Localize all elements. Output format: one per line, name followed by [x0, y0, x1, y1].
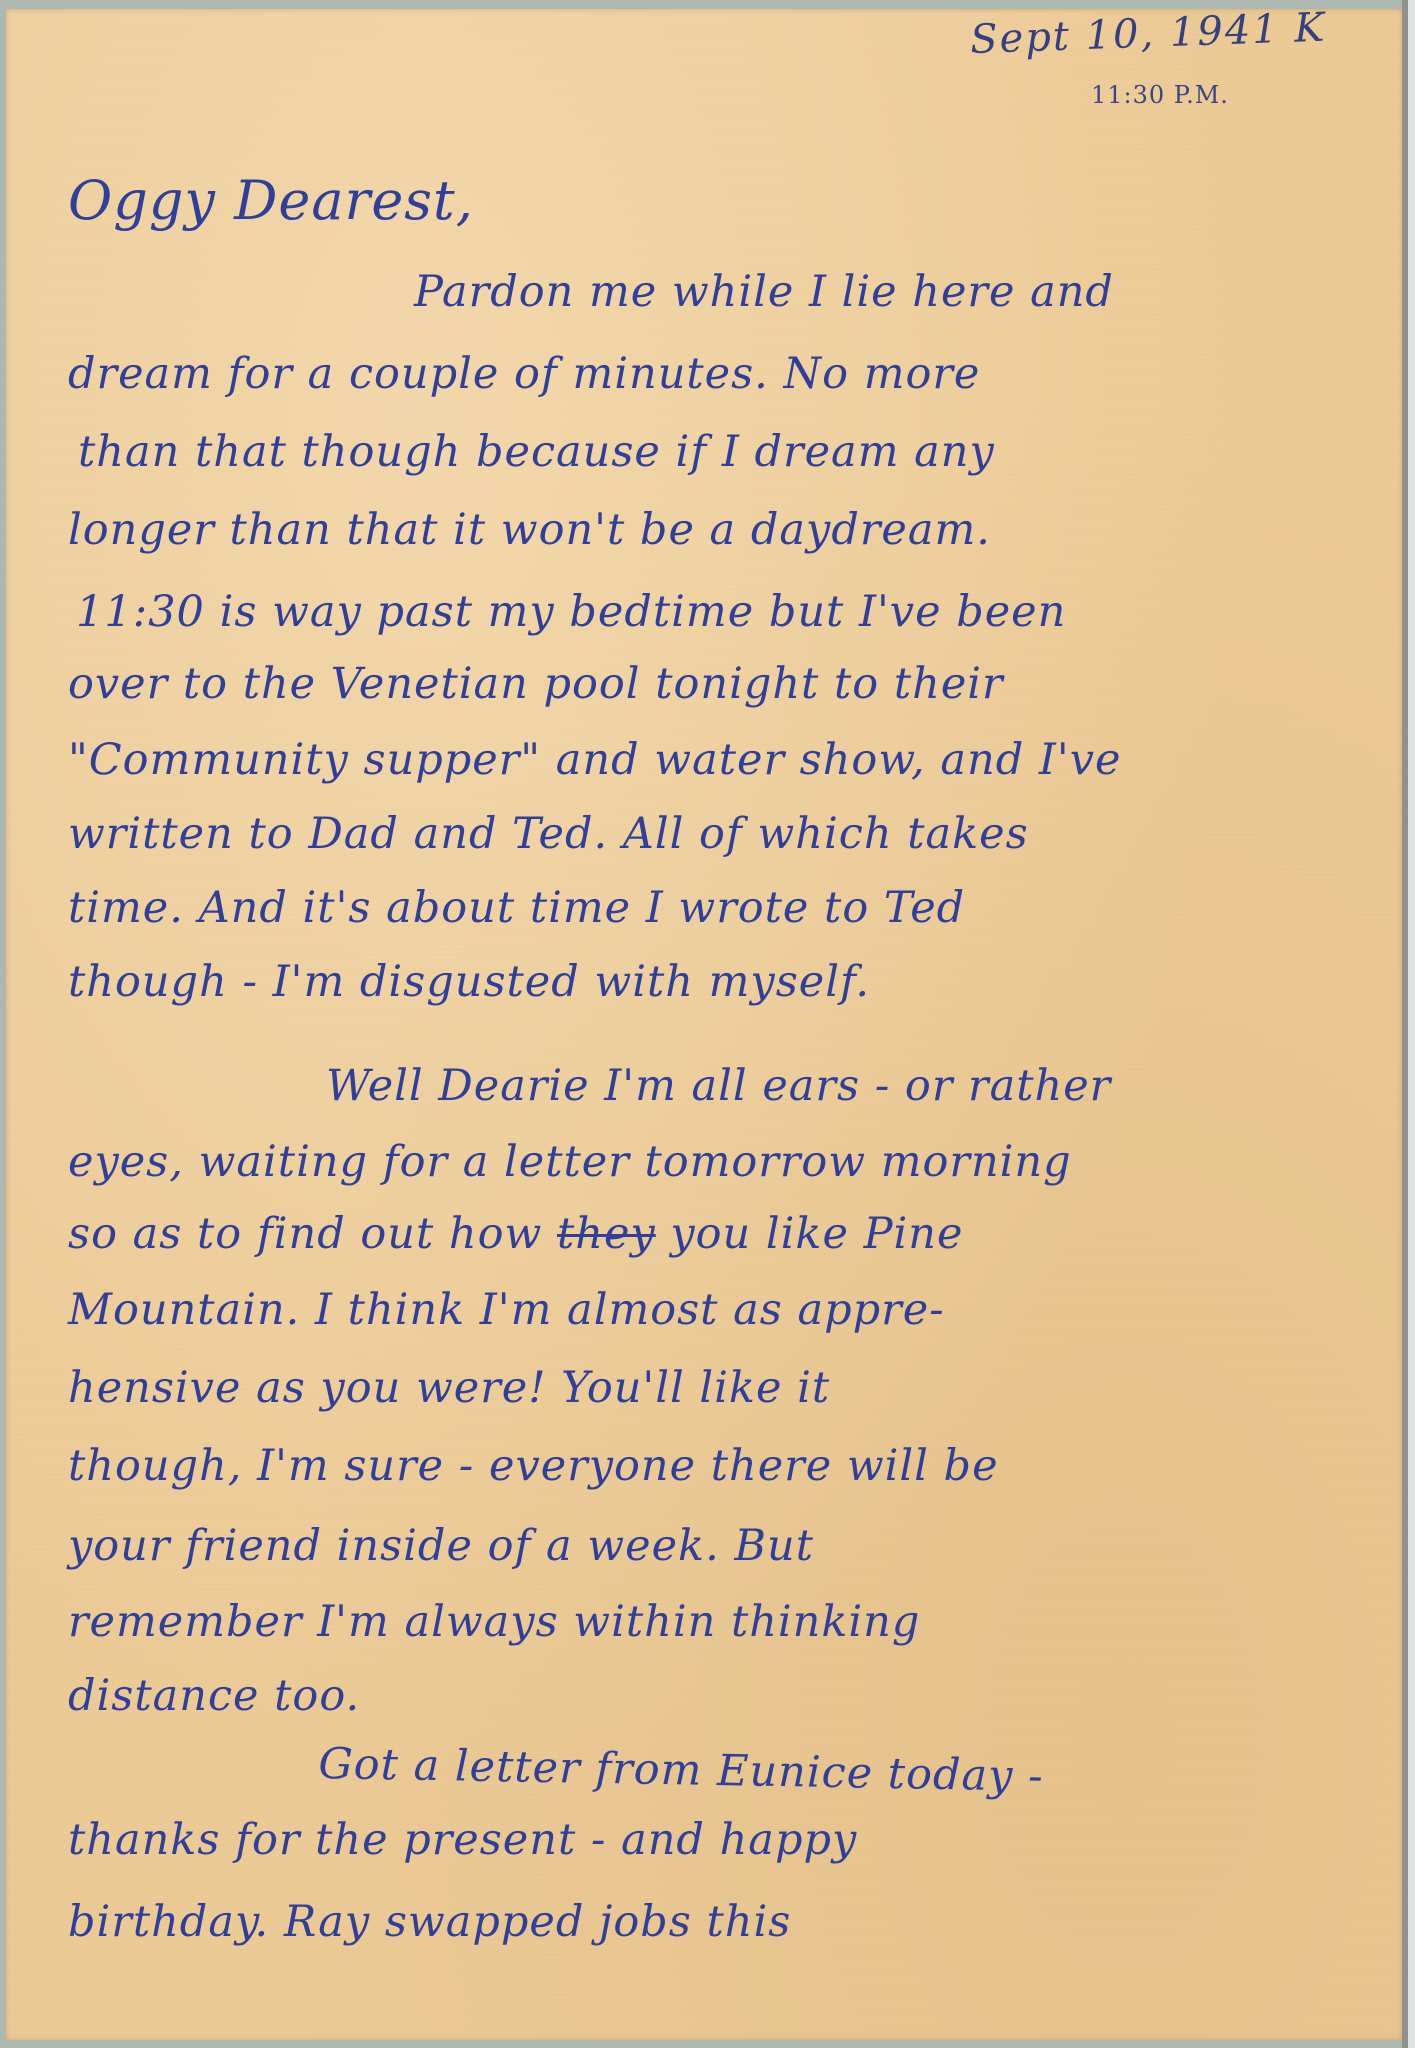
letter-line: Well Dearie I'm all ears - or rather	[326, 1061, 1111, 1111]
letter-date: Sept 10, 1941 K	[969, 5, 1327, 63]
line-start: so as to find out how	[68, 1209, 542, 1259]
letter-line: birthday. Ray swapped jobs this	[68, 1897, 791, 1947]
letter-line: written to Dad and Ted. All of which tak…	[68, 809, 1029, 859]
letter-line: remember I'm always within thinking	[68, 1597, 920, 1647]
letter-line: Pardon me while I lie here and	[414, 267, 1114, 317]
letter-line: distance too.	[68, 1671, 360, 1721]
letter-line: Mountain. I think I'm almost as appre-	[68, 1285, 945, 1335]
letter-time: 11:30 P.M.	[1091, 81, 1229, 109]
letter-line: Got a letter from Eunice today -	[318, 1739, 1044, 1802]
letter-line: longer than that it won't be a daydream.	[68, 505, 991, 555]
letter-line: than that though because if I dream any	[78, 427, 995, 477]
letter-line: hensive as you were! You'll like it	[68, 1363, 830, 1413]
salutation: Oggy Dearest,	[68, 169, 474, 232]
letter-line: time. And it's about time I wrote to Ted	[68, 883, 965, 933]
letter-line: though - I'm disgusted with myself.	[68, 957, 870, 1007]
line-end: you like Pine	[670, 1209, 963, 1259]
letter-line: though, I'm sure - everyone there will b…	[68, 1441, 999, 1491]
letter-line: your friend inside of a week. But	[68, 1521, 814, 1571]
letter-line: dream for a couple of minutes. No more	[68, 349, 980, 399]
letter-line-with-strike: so as to find out how they you like Pine	[68, 1209, 963, 1259]
letter-line: eyes, waiting for a letter tomorrow morn…	[68, 1137, 1072, 1187]
letter-page: Sept 10, 1941 K 11:30 P.M. Oggy Dearest,…	[6, 9, 1402, 2040]
struck-word: they	[557, 1209, 656, 1259]
letter-line: thanks for the present - and happy	[68, 1815, 857, 1865]
letter-line: "Community supper" and water show, and I…	[68, 735, 1121, 785]
letter-line: over to the Venetian pool tonight to the…	[68, 659, 1004, 709]
letter-line: 11:30 is way past my bedtime but I've be…	[76, 587, 1066, 637]
